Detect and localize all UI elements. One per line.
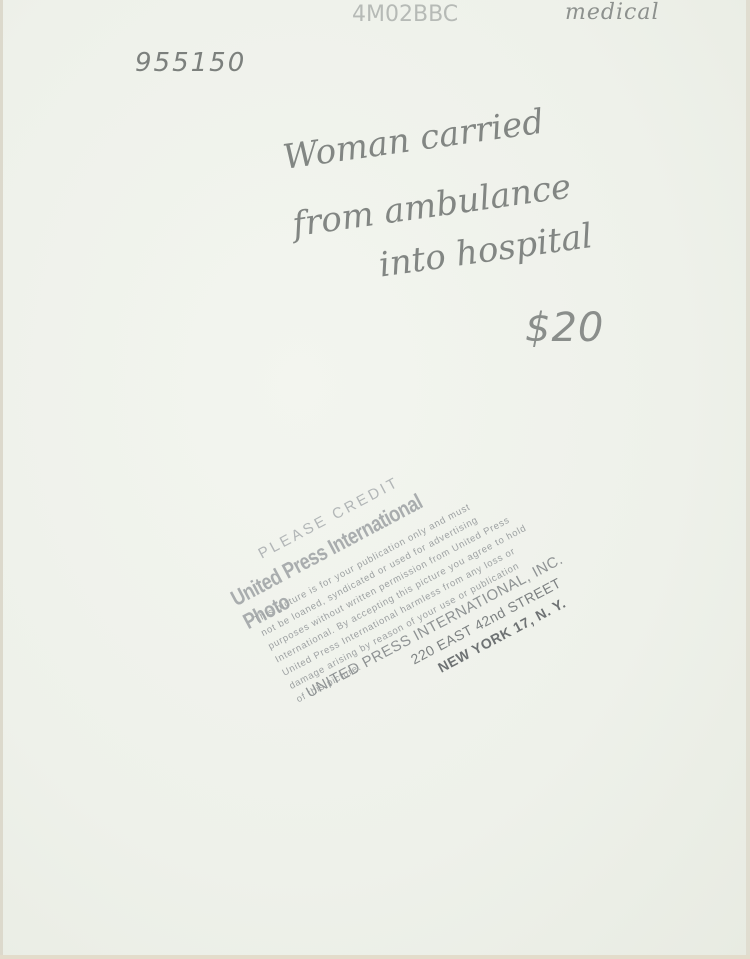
archive-code: 4M02BBC bbox=[352, 2, 458, 27]
price-note: $20 bbox=[525, 305, 604, 351]
caption-line: Woman carried bbox=[280, 102, 546, 178]
paper-edge-left bbox=[0, 0, 3, 959]
category-note: medical bbox=[565, 0, 659, 25]
photo-number: 955150 bbox=[135, 48, 246, 78]
paper-edge-bottom bbox=[0, 955, 750, 959]
paper-edge-right bbox=[746, 0, 750, 959]
